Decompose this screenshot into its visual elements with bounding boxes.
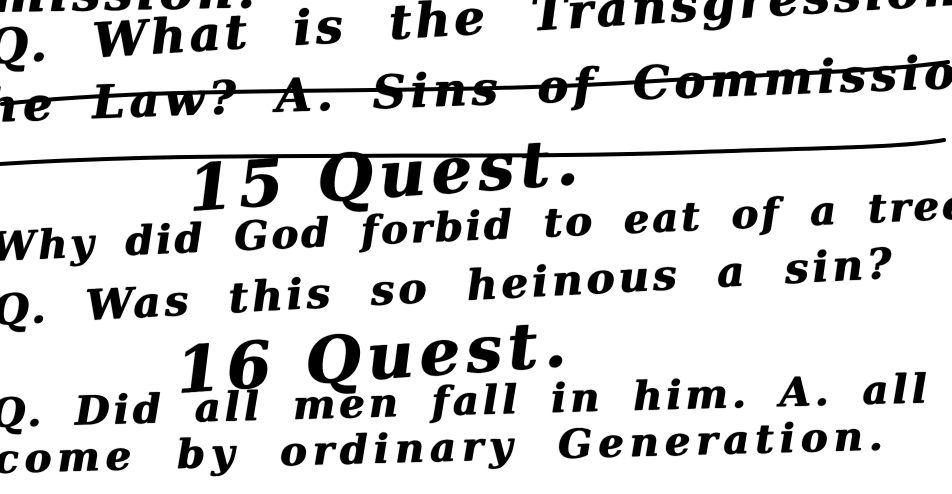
manuscript-page: mission. Q. What is the Transgression th… [0,0,952,494]
